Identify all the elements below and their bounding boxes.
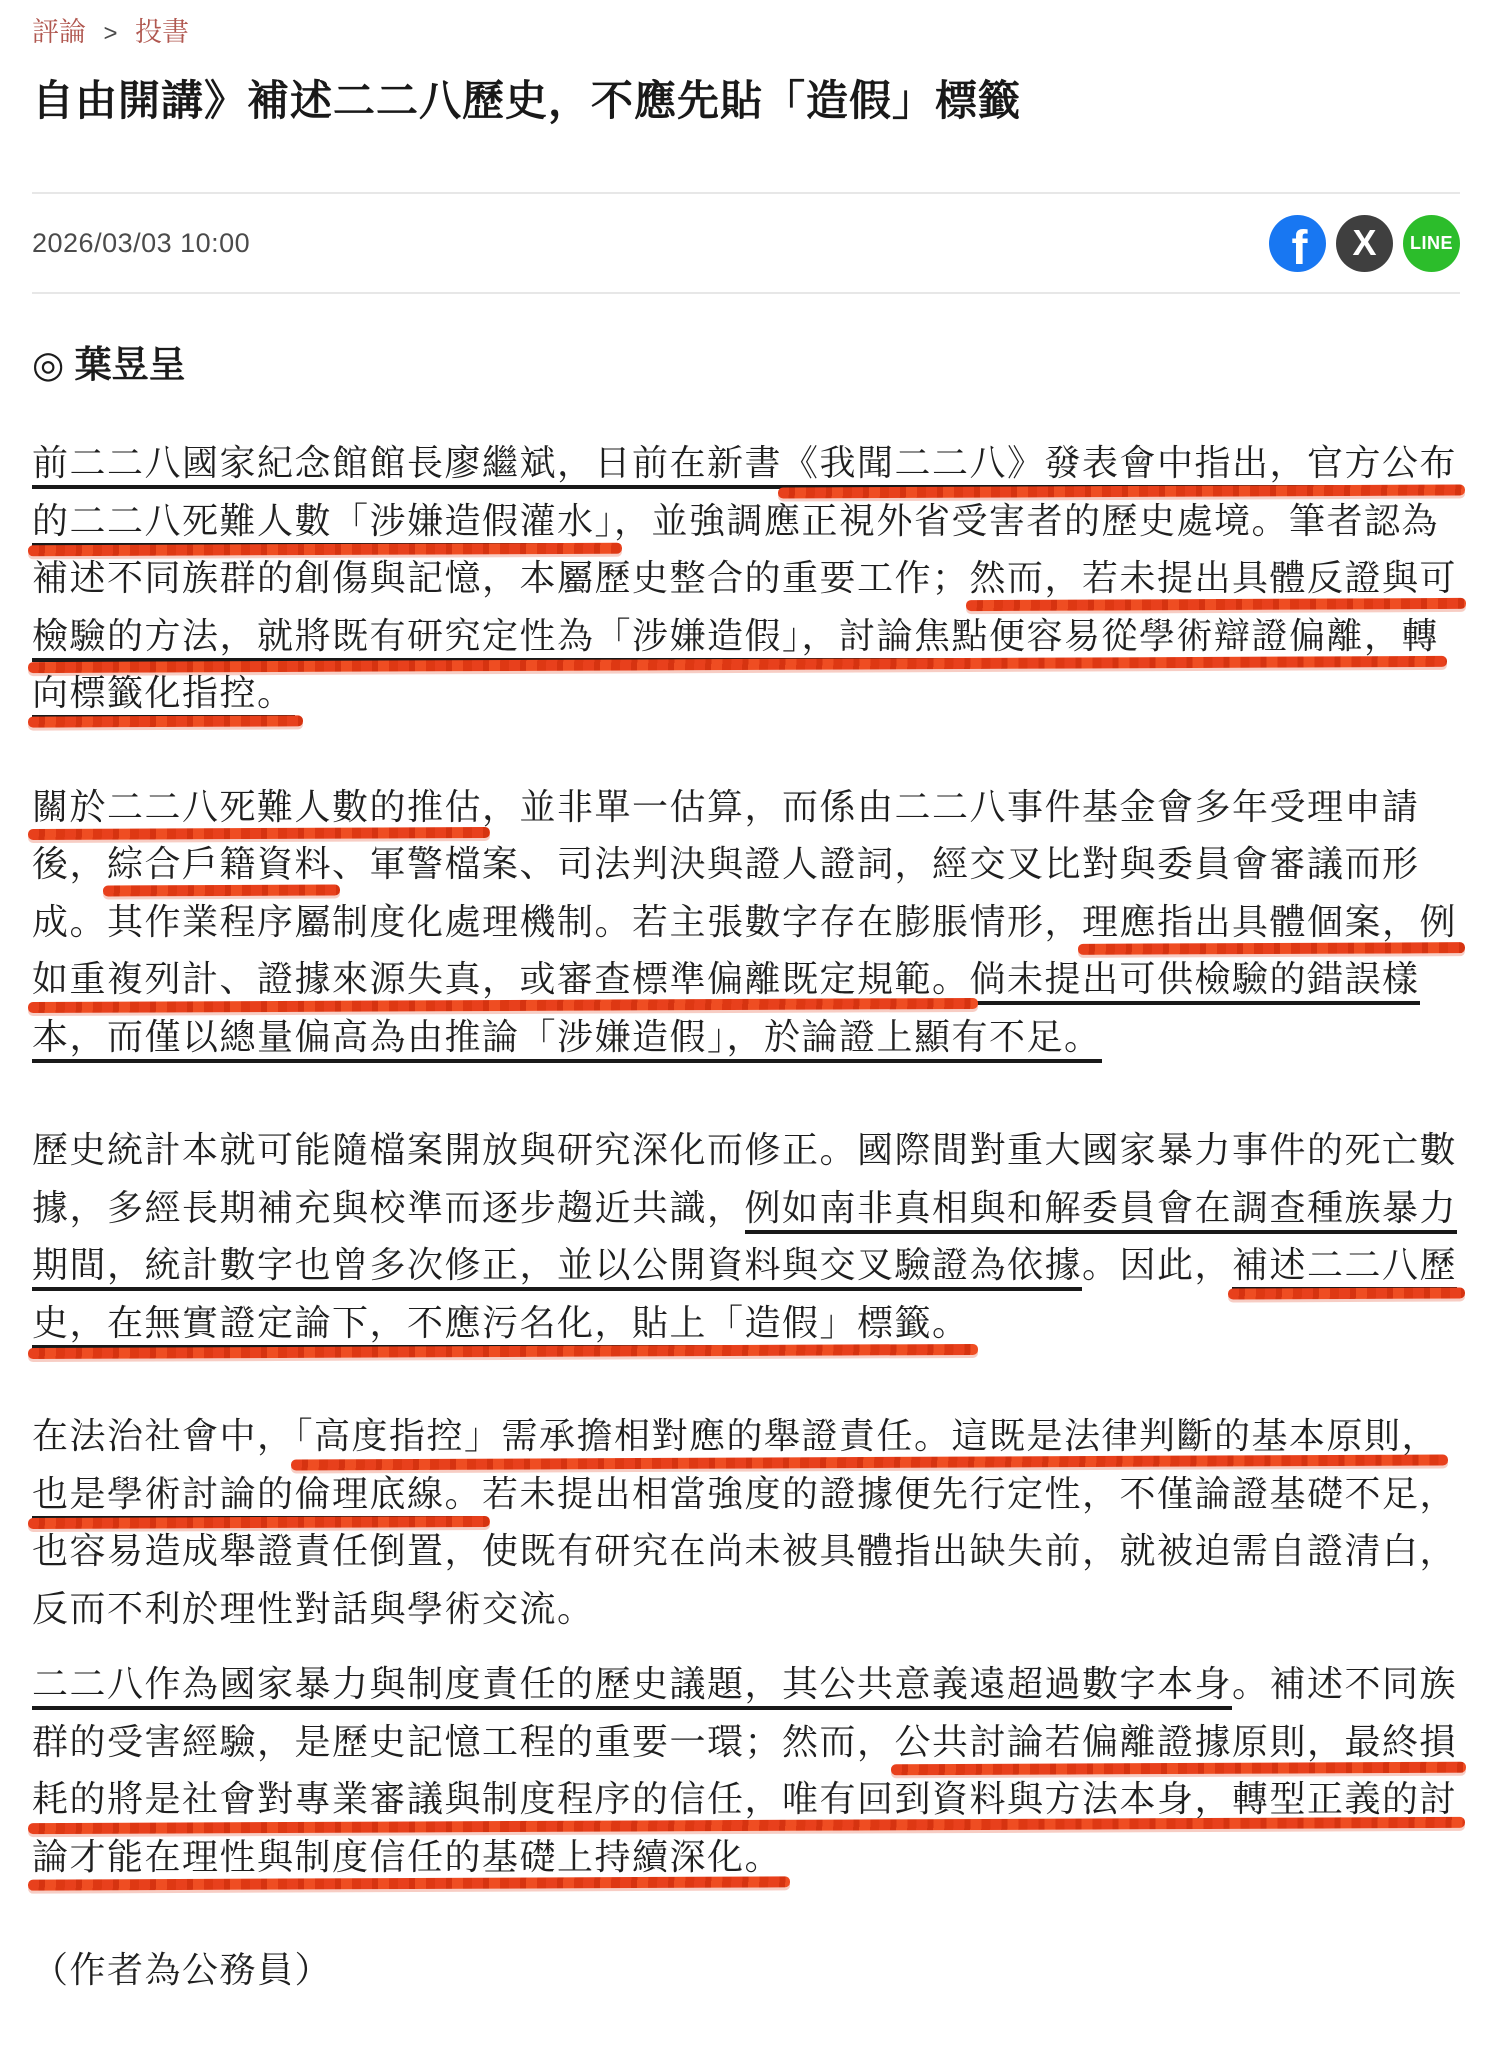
- text: 後，: [32, 843, 107, 884]
- text-line: 史，在無實證定論下，不應污名化，貼上「造假」標籤。: [32, 1294, 1460, 1352]
- text: 據，多經長期補充與校準而逐步趨近共識，: [32, 1187, 745, 1228]
- underlined-text: 理應指出具體個案，例: [1082, 901, 1457, 942]
- text: 群的受害經驗，是歷史記憶工程的重要一環；然而，: [32, 1721, 895, 1762]
- text-line: 的二二八死難人數「涉嫌造假灌水」，並強調應正視外省受害者的歷史處境。筆者認為: [32, 492, 1460, 550]
- text-line: 檢驗的方法，就將既有研究定性為「涉嫌造假」，討論焦點便容易從學術辯證偏離，轉: [32, 607, 1460, 665]
- underlined-text: 《我聞二二八》發表會中指出，官方公布: [782, 442, 1457, 489]
- underlined-text: 「高度指控」需承擔相對應的舉證責任。這既是法律判斷的基本原則，: [295, 1415, 1440, 1456]
- underlined-text: 二二八作為國家暴力與制度責任的歷史議題，其公共意義遠超過數字本身: [32, 1663, 1232, 1710]
- author-note: （作者為公務員）: [32, 1941, 1460, 1999]
- text-line: 向標籤化指控。: [32, 664, 1460, 722]
- text-line: 歷史統計本就可能隨檔案開放與研究深化而修正。國際間對重大國家暴力事件的死亡數: [32, 1121, 1460, 1179]
- text-line: 二二八作為國家暴力與制度責任的歷史議題，其公共意義遠超過數字本身。補述不同族: [32, 1655, 1460, 1713]
- underlined-text: 本，而僅以總量偏高為由推論「涉嫌造假」，於論證上顯有不足。: [32, 1016, 1102, 1063]
- breadcrumb-link-category[interactable]: 評論: [32, 17, 86, 47]
- publish-date: 2026/03/03 10:00: [32, 228, 250, 259]
- page-title: 自由開講》補述二二八歷史，不應先貼「造假」標籤: [32, 73, 1460, 129]
- underlined-text: 檢驗的方法，就將既有研究定性為「涉嫌造假」，討論焦點便容易從學術辯證偏離，轉: [32, 615, 1439, 662]
- underlined-text: 向標籤化指控。: [32, 672, 295, 719]
- text-line: 也容易造成舉證責任倒置，使既有研究在尚未被具體指出缺失前，就被迫需自證清白，: [32, 1522, 1460, 1580]
- underlined-text: 論才能在理性與制度信任的基礎上持續深化。: [32, 1836, 782, 1877]
- underlined-text: 也是學術討論的倫理底線。: [32, 1473, 482, 1520]
- underlined-text: 關於二二八死難人數的推估: [32, 786, 482, 827]
- paragraph: 二二八作為國家暴力與制度責任的歷史議題，其公共意義遠超過數字本身。補述不同族群的…: [32, 1655, 1460, 1885]
- text: 。因此，: [1082, 1244, 1232, 1285]
- text-line: 也是學術討論的倫理底線。若未提出相當強度的證據便先行定性，不僅論證基礎不足，: [32, 1465, 1460, 1523]
- text-line: 期間，統計數字也曾多次修正，並以公開資料與交叉驗證為依據。因此，補述二二八歷: [32, 1236, 1460, 1294]
- underlined-text: 然而，若未提出具體反證與可: [970, 557, 1458, 598]
- paragraph: 在法治社會中，「高度指控」需承擔相對應的舉證責任。這既是法律判斷的基本原則，也是…: [32, 1407, 1460, 1637]
- text-line: 群的受害經驗，是歷史記憶工程的重要一環；然而，公共討論若偏離證據原則，最終損: [32, 1713, 1460, 1771]
- article-body: 前二二八國家紀念館館長廖繼斌，日前在新書《我聞二二八》發表會中指出，官方公布的二…: [32, 434, 1460, 1885]
- text-line: 成。其作業程序屬制度化處理機制。若主張數字存在膨脹情形，理應指出具體個案，例: [32, 893, 1460, 951]
- underlined-text: 公共討論若偏離證據原則，最終損: [895, 1721, 1458, 1762]
- text: 若未提出相當強度的證據便先行定性，不僅論證基礎不足，: [482, 1473, 1457, 1514]
- underlined-text: 的二二八死難人數「涉嫌造假灌水」: [32, 500, 614, 547]
- paragraph: 歷史統計本就可能隨檔案開放與研究深化而修正。國際間對重大國家暴力事件的死亡數據，…: [32, 1121, 1460, 1351]
- paragraph: 關於二二八死難人數的推估，並非單一估算，而係由二二八事件基金會多年受理申請後，綜…: [32, 778, 1460, 1066]
- text-line: 補述不同族群的創傷與記憶，本屬歷史整合的重要工作；然而，若未提出具體反證與可: [32, 549, 1460, 607]
- line-glyph: LINE: [1410, 233, 1453, 254]
- text-line: 在法治社會中，「高度指控」需承擔相對應的舉證責任。這既是法律判斷的基本原則，: [32, 1407, 1460, 1465]
- underlined-text: 綜合戶籍資料: [107, 843, 332, 884]
- x-glyph: X: [1352, 222, 1376, 264]
- text-line: 關於二二八死難人數的推估，並非單一估算，而係由二二八事件基金會多年受理申請: [32, 778, 1460, 836]
- text-line: 如重複列計、證據來源失真，或審查標準偏離既定規範。倘未提出可供檢驗的錯誤樣: [32, 950, 1460, 1008]
- breadcrumb-link-subcategory[interactable]: 投書: [135, 17, 189, 47]
- text-line: 本，而僅以總量偏高為由推論「涉嫌造假」，於論證上顯有不足。: [32, 1008, 1460, 1066]
- article-page: 評論 > 投書 自由開講》補述二二八歷史，不應先貼「造假」標籤 2026/03/…: [0, 0, 1492, 1999]
- underlined-text: 前二二八國家紀念館館長廖繼斌，日前在新書: [32, 442, 782, 489]
- text: 也容易造成舉證責任倒置，使既有研究在尚未被具體指出缺失前，就被迫需自證清白，: [32, 1530, 1457, 1571]
- text-line: 前二二八國家紀念館館長廖繼斌，日前在新書《我聞二二八》發表會中指出，官方公布: [32, 434, 1460, 492]
- facebook-share-icon[interactable]: f: [1269, 215, 1326, 272]
- text: 、軍警檔案、司法判決與證人證詞，經交叉比對與委員會審議而形: [332, 843, 1420, 884]
- divider-meta: [32, 292, 1460, 294]
- underlined-text: 補述二二八歷: [1232, 1244, 1457, 1291]
- line-share-icon[interactable]: LINE: [1403, 215, 1460, 272]
- meta-row: 2026/03/03 10:00 f X LINE: [32, 194, 1460, 292]
- share-buttons: f X LINE: [1269, 215, 1460, 272]
- text: 成。其作業程序屬制度化處理機制。若主張數字存在膨脹情形，: [32, 901, 1082, 942]
- text-line: 論才能在理性與制度信任的基礎上持續深化。: [32, 1828, 1460, 1886]
- text: 。補述不同族: [1232, 1663, 1457, 1704]
- x-share-icon[interactable]: X: [1336, 215, 1393, 272]
- underlined-text: 耗的將是社會對專業審議與制度程序的信任，唯有回到資料與方法本身，轉型正義的討: [32, 1778, 1457, 1819]
- text: 在法治社會中，: [32, 1415, 295, 1456]
- underlined-text: 如重複列計、證據來源失真，或審查標準偏離既定規範。: [32, 958, 970, 999]
- author-line: ◎ 葉昱呈: [32, 342, 1460, 388]
- text: ，並強調應正視外省受害者的歷史處境。筆者認為: [614, 500, 1439, 541]
- text-line: 後，綜合戶籍資料、軍警檔案、司法判決與證人證詞，經交叉比對與委員會審議而形: [32, 835, 1460, 893]
- text: 補述不同族群的創傷與記憶，本屬歷史整合的重要工作；: [32, 557, 970, 598]
- underlined-text: 期間，統計數字也曾多次修正，並以公開資料與交叉驗證為依據: [32, 1244, 1082, 1291]
- text: 反而不利於理性對話與學術交流。: [32, 1588, 595, 1629]
- breadcrumb: 評論 > 投書: [32, 0, 1460, 51]
- text: ，並非單一估算，而係由二二八事件基金會多年受理申請: [482, 786, 1420, 827]
- paragraph: 前二二八國家紀念館館長廖繼斌，日前在新書《我聞二二八》發表會中指出，官方公布的二…: [32, 434, 1460, 722]
- text-line: 反而不利於理性對話與學術交流。: [32, 1580, 1460, 1638]
- underlined-text: 例如南非真相與和解委員會在調查種族暴力: [745, 1187, 1458, 1234]
- text: 歷史統計本就可能隨檔案開放與研究深化而修正。國際間對重大國家暴力事件的死亡數: [32, 1129, 1457, 1170]
- text-line: 據，多經長期補充與校準而逐步趨近共識，例如南非真相與和解委員會在調查種族暴力: [32, 1179, 1460, 1237]
- underlined-text: 倘未提出可供檢驗的錯誤樣: [970, 958, 1420, 1005]
- text-line: 耗的將是社會對專業審議與制度程序的信任，唯有回到資料與方法本身，轉型正義的討: [32, 1770, 1460, 1828]
- breadcrumb-separator: >: [104, 20, 118, 47]
- underlined-text: 史，在無實證定論下，不應污名化，貼上「造假」標籤。: [32, 1302, 970, 1349]
- facebook-glyph: f: [1292, 221, 1308, 276]
